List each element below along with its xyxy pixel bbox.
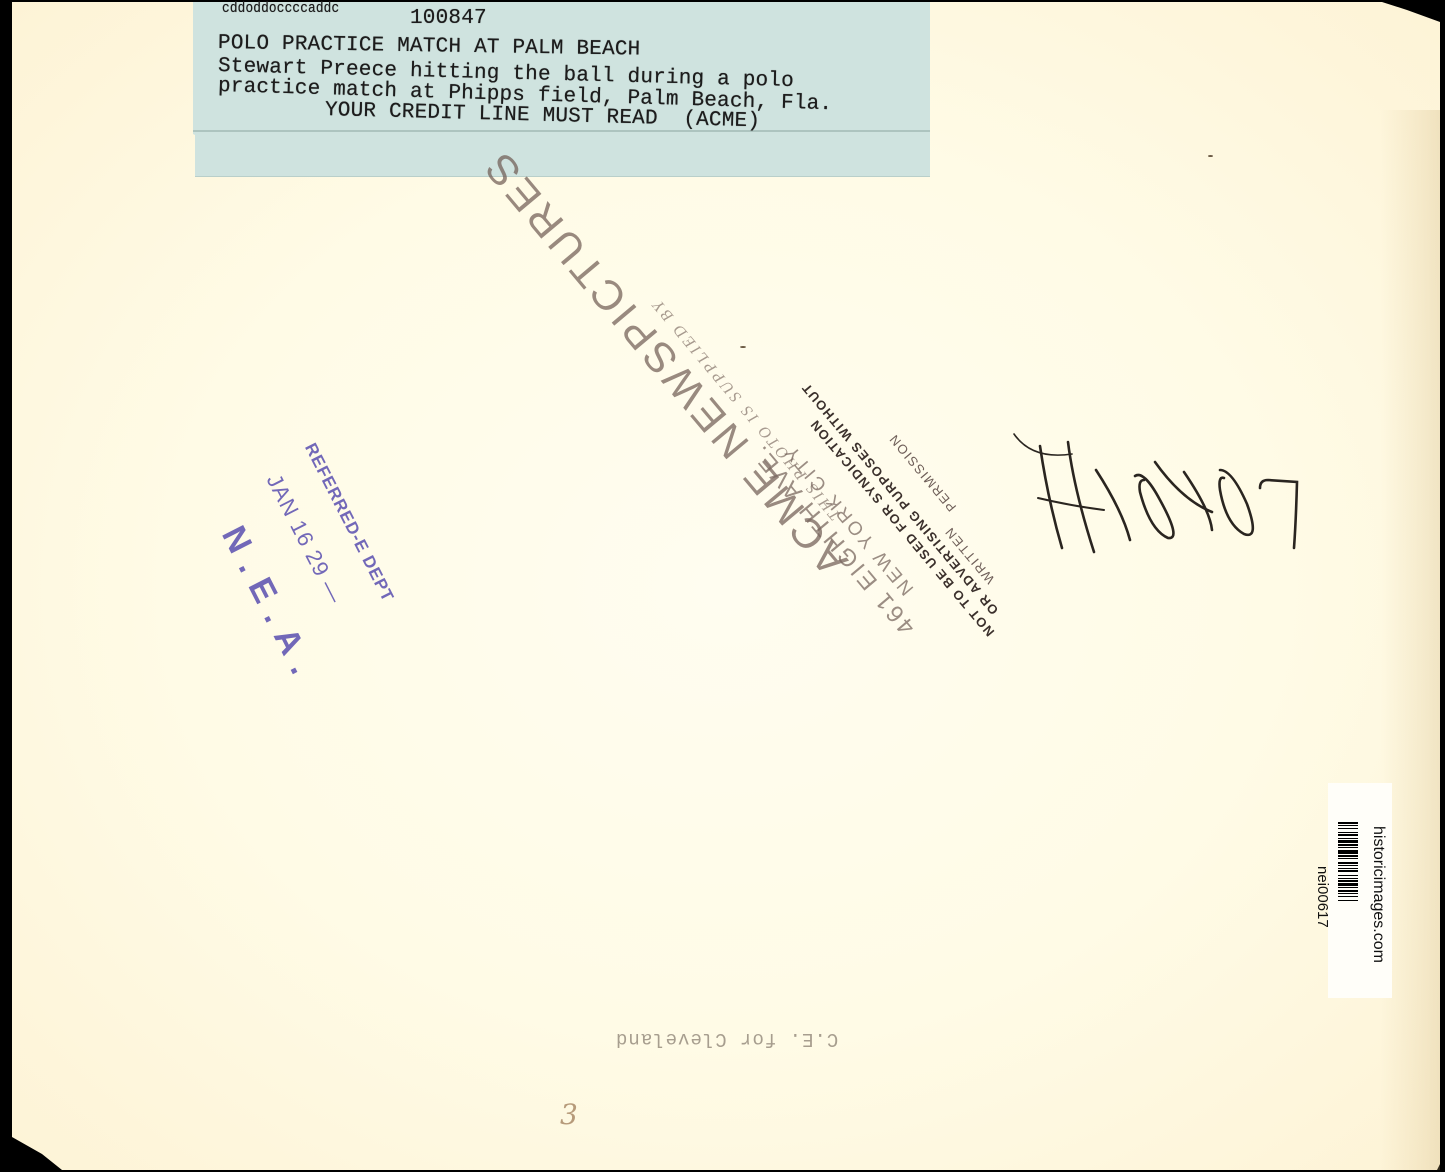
archive-item-code: nei00617: [1314, 866, 1331, 928]
barcode-icon: [1338, 822, 1358, 994]
struck-through-text: cddoddoccccaddc: [222, 0, 339, 17]
edge-stain: [1380, 110, 1440, 1170]
ink-speck: [740, 346, 746, 348]
reversed-bleed-through-text: C.E. for Cleveland: [615, 1028, 838, 1050]
handwritten-number: #10407: [1012, 430, 1312, 570]
photo-back-paper: [12, 2, 1440, 1170]
archive-site-name: historicimages.com: [1369, 826, 1387, 963]
pencil-mark: 3: [560, 1098, 578, 1131]
slip-fold-line: [193, 130, 930, 132]
ink-speck: [1208, 155, 1213, 157]
photo-number: 100847: [410, 7, 487, 30]
